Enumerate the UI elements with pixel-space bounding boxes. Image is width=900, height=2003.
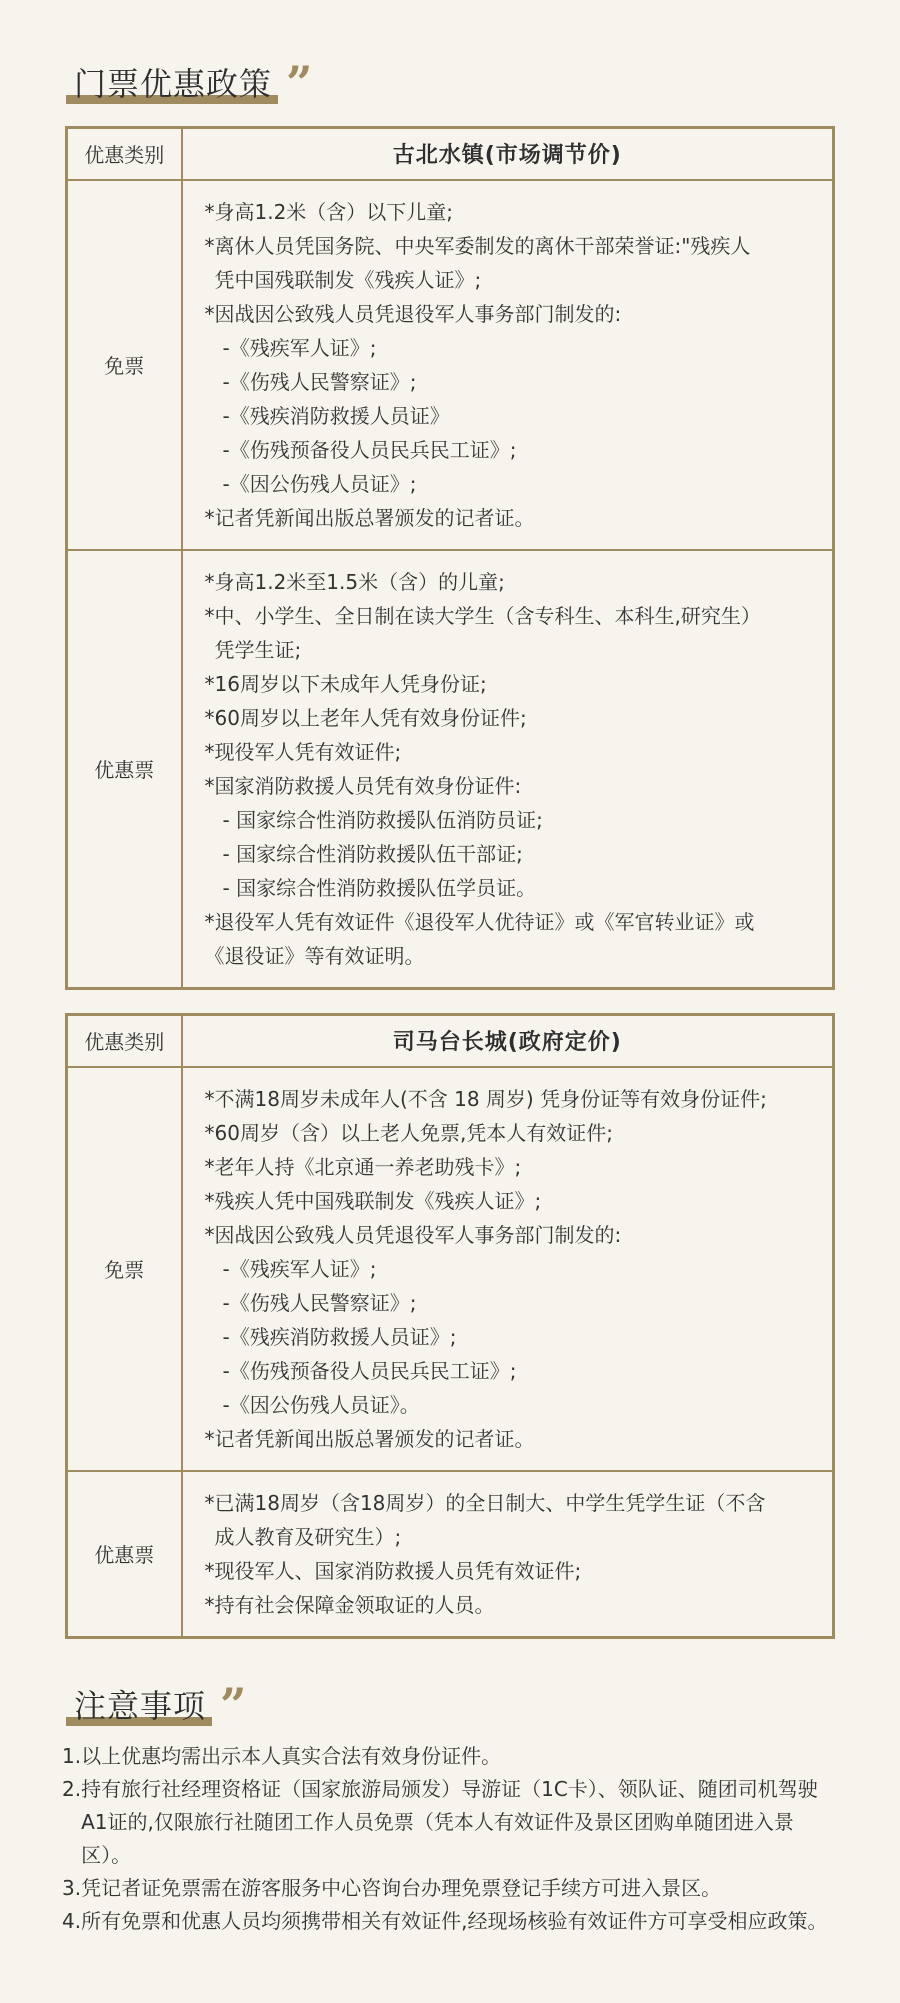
heading-text: 注意事项	[66, 1687, 212, 1725]
policy-line: *记者凭新闻出版总署颁发的记者证。	[205, 501, 813, 535]
quote-mark-icon: ”	[286, 68, 308, 98]
note-item: 1. 以上优惠均需出示本人真实合法有效身份证件。	[62, 1740, 842, 1773]
table-row-free-ticket: 免票 *不满18周岁未成年人(不含 18 周岁) 凭身份证等有效身份证件;*60…	[67, 1067, 834, 1471]
gubei-watertown-policy-table: 优惠类别 古北水镇(市场调节价) 免票 *身高1.2米（含）以下儿童;*离休人员…	[65, 126, 835, 990]
policy-line: *60周岁以上老年人凭有效身份证件;	[205, 701, 813, 735]
note-number: 1.	[62, 1740, 81, 1773]
policy-line: *记者凭新闻出版总署颁发的记者证。	[205, 1422, 813, 1456]
policy-line: *国家消防救援人员凭有效身份证件:	[205, 769, 813, 803]
policy-section-heading: 门票优惠政策 ”	[66, 64, 308, 104]
note-number: 4.	[62, 1905, 81, 1938]
policy-line: *老年人持《北京通一养老助残卡》;	[205, 1150, 813, 1184]
policy-content-cell: *已满18周岁（含18周岁）的全日制大、中学生凭学生证（不含成人教育及研究生）;…	[182, 1471, 834, 1638]
policy-sub-item: -《残疾消防救援人员证》	[205, 399, 813, 433]
policy-sub-item: -《残疾军人证》;	[205, 1252, 813, 1286]
policy-content-cell: *身高1.2米（含）以下儿童;*离休人员凭国务院、中央军委制发的离休干部荣誉证:…	[182, 180, 834, 550]
category-column-header: 优惠类别	[67, 128, 182, 180]
policy-content-cell: *身高1.2米至1.5米（含）的儿童;*中、小学生、全日制在读大学生（含专科生、…	[182, 550, 834, 989]
category-label-free: 免票	[67, 1067, 182, 1471]
policy-line: 成人教育及研究生）;	[205, 1520, 813, 1554]
table-row-discount-ticket: 优惠票 *已满18周岁（含18周岁）的全日制大、中学生凭学生证（不含成人教育及研…	[67, 1471, 834, 1638]
policy-sub-item: - 国家综合性消防救援队伍干部证;	[205, 837, 813, 871]
note-item: 3. 凭记者证免票需在游客服务中心咨询台办理免票登记手续方可进入景区。	[62, 1872, 842, 1905]
notes-section-heading: 注意事项 ”	[66, 1686, 242, 1726]
note-item: 2. 持有旅行社经理资格证（国家旅游局颁发）导游证（1C卡）、领队证、随团司机驾…	[62, 1773, 842, 1872]
policy-sub-item: - 国家综合性消防救援队伍消防员证;	[205, 803, 813, 837]
note-item: 4. 所有免票和优惠人员均须携带相关有效证件,经现场核验有效证件方可享受相应政策…	[62, 1905, 842, 1938]
simatai-great-wall-policy-table: 优惠类别 司马台长城(政府定价) 免票 *不满18周岁未成年人(不含 18 周岁…	[65, 1013, 835, 1639]
policy-content-cell: *不满18周岁未成年人(不含 18 周岁) 凭身份证等有效身份证件;*60周岁（…	[182, 1067, 834, 1471]
policy-line: 凭学生证;	[205, 633, 813, 667]
policy-sub-item: - 国家综合性消防救援队伍学员证。	[205, 871, 813, 905]
policy-line: *残疾人凭中国残联制发《残疾人证》;	[205, 1184, 813, 1218]
policy-line: *60周岁（含）以上老人免票,凭本人有效证件;	[205, 1116, 813, 1150]
policy-line: 《退役证》等有效证明。	[205, 939, 813, 973]
policy-line: *离休人员凭国务院、中央军委制发的离休干部荣誉证:"残疾人	[205, 229, 813, 263]
heading-title-wrap: 门票优惠政策	[66, 64, 278, 104]
policy-line: *身高1.2米（含）以下儿童;	[205, 195, 813, 229]
table-row-free-ticket: 免票 *身高1.2米（含）以下儿童;*离休人员凭国务院、中央军委制发的离休干部荣…	[67, 180, 834, 550]
heading-title-wrap: 注意事项	[66, 1686, 212, 1726]
policy-line: *因战因公致残人员凭退役军人事务部门制发的:	[205, 1218, 813, 1252]
policy-line: *退役军人凭有效证件《退役军人优待证》或《军官转业证》或	[205, 905, 813, 939]
policy-line: *不满18周岁未成年人(不含 18 周岁) 凭身份证等有效身份证件;	[205, 1082, 813, 1116]
note-text: 以上优惠均需出示本人真实合法有效身份证件。	[81, 1740, 842, 1773]
notes-list: 1. 以上优惠均需出示本人真实合法有效身份证件。 2. 持有旅行社经理资格证（国…	[62, 1740, 842, 1938]
policy-sub-item: -《伤残人民警察证》;	[205, 365, 813, 399]
venue-title-header: 司马台长城(政府定价)	[182, 1015, 834, 1067]
table-header-row: 优惠类别 古北水镇(市场调节价)	[67, 128, 834, 180]
policy-sub-item: -《伤残人民警察证》;	[205, 1286, 813, 1320]
policy-line: *现役军人、国家消防救援人员凭有效证件;	[205, 1554, 813, 1588]
category-label-discount: 优惠票	[67, 550, 182, 989]
policy-line: *持有社会保障金领取证的人员。	[205, 1588, 813, 1622]
category-label-discount: 优惠票	[67, 1471, 182, 1638]
category-column-header: 优惠类别	[67, 1015, 182, 1067]
policy-line: *现役军人凭有效证件;	[205, 735, 813, 769]
quote-mark-icon: ”	[220, 1690, 242, 1720]
note-text: 持有旅行社经理资格证（国家旅游局颁发）导游证（1C卡）、领队证、随团司机驾驶A1…	[81, 1773, 842, 1872]
note-text: 凭记者证免票需在游客服务中心咨询台办理免票登记手续方可进入景区。	[81, 1872, 842, 1905]
policy-line: *已满18周岁（含18周岁）的全日制大、中学生凭学生证（不含	[205, 1486, 813, 1520]
policy-line: *16周岁以下未成年人凭身份证;	[205, 667, 813, 701]
policy-line: *身高1.2米至1.5米（含）的儿童;	[205, 565, 813, 599]
policy-sub-item: -《残疾消防救援人员证》;	[205, 1320, 813, 1354]
policy-sub-item: -《因公伤残人员证》;	[205, 467, 813, 501]
note-text: 所有免票和优惠人员均须携带相关有效证件,经现场核验有效证件方可享受相应政策。	[81, 1905, 842, 1938]
heading-text: 门票优惠政策	[66, 65, 278, 103]
venue-title-header: 古北水镇(市场调节价)	[182, 128, 834, 180]
table-row-discount-ticket: 优惠票 *身高1.2米至1.5米（含）的儿童;*中、小学生、全日制在读大学生（含…	[67, 550, 834, 989]
policy-line: *中、小学生、全日制在读大学生（含专科生、本科生,研究生）	[205, 599, 813, 633]
policy-line: *因战因公致残人员凭退役军人事务部门制发的:	[205, 297, 813, 331]
policy-sub-item: -《残疾军人证》;	[205, 331, 813, 365]
note-number: 2.	[62, 1773, 81, 1872]
policy-sub-item: -《因公伤残人员证》。	[205, 1388, 813, 1422]
category-label-free: 免票	[67, 180, 182, 550]
policy-line: 凭中国残联制发《残疾人证》;	[205, 263, 813, 297]
policy-sub-item: -《伤残预备役人员民兵民工证》;	[205, 433, 813, 467]
policy-sub-item: -《伤残预备役人员民兵民工证》;	[205, 1354, 813, 1388]
table-header-row: 优惠类别 司马台长城(政府定价)	[67, 1015, 834, 1067]
note-number: 3.	[62, 1872, 81, 1905]
